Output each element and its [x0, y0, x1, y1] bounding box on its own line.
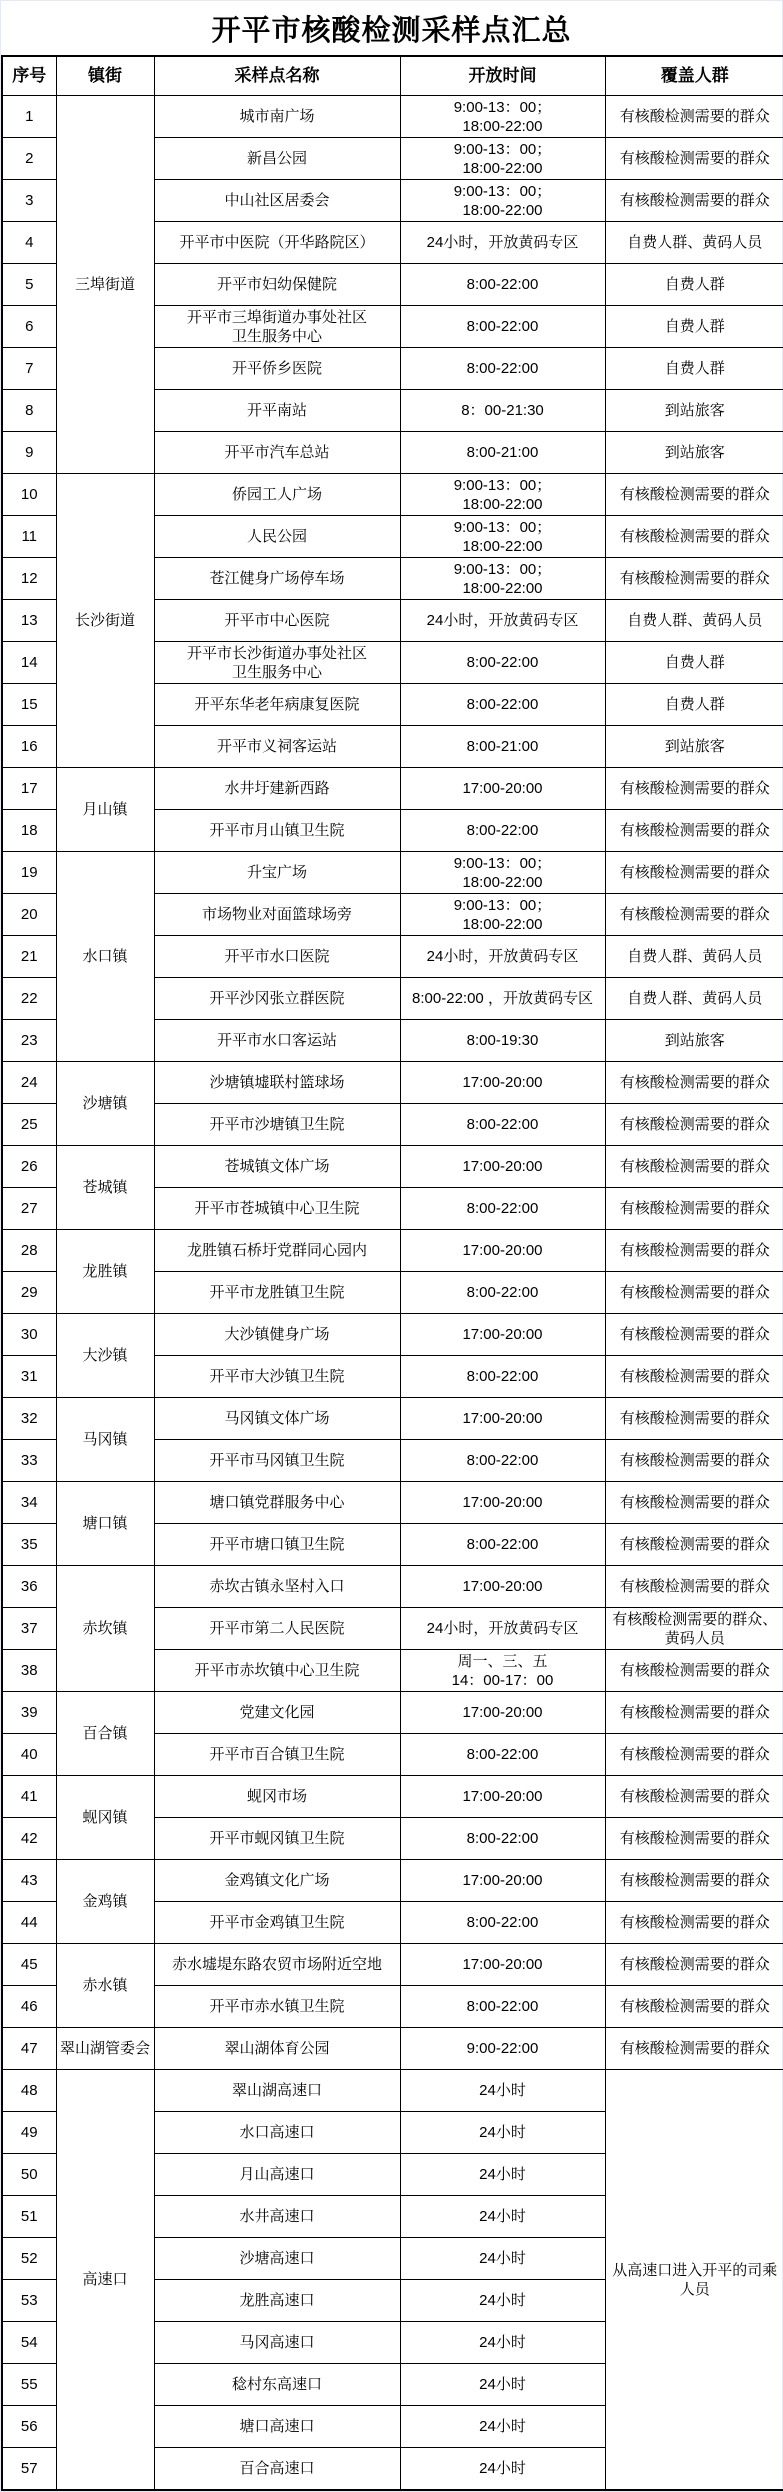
time-cell: 8:00-22:00 — [400, 1356, 605, 1398]
time-cell: 8:00-22:00 — [400, 1818, 605, 1860]
site-cell: 蚬冈市场 — [154, 1776, 400, 1818]
coverage-cell: 自费人群、黄码人员 — [605, 936, 783, 978]
site-cell: 开平市金鸡镇卫生院 — [154, 1902, 400, 1944]
row-number-cell: 20 — [2, 894, 56, 936]
time-cell: 8:00-22:00 — [400, 684, 605, 726]
table-row: 30大沙镇大沙镇健身广场17:00-20:00有核酸检测需要的群众 — [2, 1314, 783, 1356]
table-row: 19水口镇升宝广场9:00-13：00； 18:00-22:00有核酸检测需要的… — [2, 852, 783, 894]
site-cell: 中山社区居委会 — [154, 180, 400, 222]
row-number-cell: 15 — [2, 684, 56, 726]
site-cell: 马冈镇文体广场 — [154, 1398, 400, 1440]
page-title: 开平市核酸检测采样点汇总 — [1, 1, 782, 55]
table-row: 34塘口镇塘口镇党群服务中心17:00-20:00有核酸检测需要的群众 — [2, 1482, 783, 1524]
coverage-cell: 有核酸检测需要的群众、 黄码人员 — [605, 1608, 783, 1650]
row-number-cell: 38 — [2, 1650, 56, 1692]
row-number-cell: 39 — [2, 1692, 56, 1734]
site-cell: 开平市第二人民医院 — [154, 1608, 400, 1650]
time-cell: 8:00-22:00 — [400, 306, 605, 348]
town-cell: 马冈镇 — [56, 1398, 154, 1482]
row-number-cell: 30 — [2, 1314, 56, 1356]
time-cell: 24小时 — [400, 2364, 605, 2406]
time-cell: 8:00-22:00 — [400, 1104, 605, 1146]
coverage-cell: 有核酸检测需要的群众 — [605, 1104, 783, 1146]
row-number-cell: 36 — [2, 1566, 56, 1608]
time-cell: 8:00-22:00 — [400, 1440, 605, 1482]
time-cell: 17:00-20:00 — [400, 1314, 605, 1356]
time-cell: 9:00-13：00； 18:00-22:00 — [400, 516, 605, 558]
table-row: 48高速口翠山湖高速口24小时从高速口进入开平的司乘人员 — [2, 2070, 783, 2112]
coverage-cell: 有核酸检测需要的群众 — [605, 1272, 783, 1314]
time-cell: 9:00-13：00； 18:00-22:00 — [400, 558, 605, 600]
site-cell: 开平市中心医院 — [154, 600, 400, 642]
row-number-cell: 4 — [2, 222, 56, 264]
table-row: 32马冈镇马冈镇文体广场17:00-20:00有核酸检测需要的群众 — [2, 1398, 783, 1440]
row-number-cell: 29 — [2, 1272, 56, 1314]
time-cell: 17:00-20:00 — [400, 768, 605, 810]
coverage-cell: 有核酸检测需要的群众 — [605, 1062, 783, 1104]
header-town: 镇街 — [56, 56, 154, 96]
site-cell: 月山高速口 — [154, 2154, 400, 2196]
coverage-cell: 自费人群 — [605, 306, 783, 348]
coverage-cell: 有核酸检测需要的群众 — [605, 1188, 783, 1230]
row-number-cell: 1 — [2, 96, 56, 138]
coverage-cell: 有核酸检测需要的群众 — [605, 1566, 783, 1608]
table-row: 17月山镇水井圩建新西路17:00-20:00有核酸检测需要的群众 — [2, 768, 783, 810]
row-number-cell: 14 — [2, 642, 56, 684]
town-cell: 水口镇 — [56, 852, 154, 1062]
time-cell: 17:00-20:00 — [400, 1860, 605, 1902]
coverage-cell: 有核酸检测需要的群众 — [605, 1860, 783, 1902]
site-cell: 塘口镇党群服务中心 — [154, 1482, 400, 1524]
time-cell: 8:00-21:00 — [400, 726, 605, 768]
site-cell: 开平市马冈镇卫生院 — [154, 1440, 400, 1482]
row-number-cell: 2 — [2, 138, 56, 180]
row-number-cell: 33 — [2, 1440, 56, 1482]
site-cell: 开平市三埠街道办事处社区 卫生服务中心 — [154, 306, 400, 348]
site-cell: 开平市沙塘镇卫生院 — [154, 1104, 400, 1146]
site-cell: 开平市塘口镇卫生院 — [154, 1524, 400, 1566]
coverage-cell: 自费人群 — [605, 684, 783, 726]
coverage-cell: 有核酸检测需要的群众 — [605, 1986, 783, 2028]
site-cell: 开平市长沙街道办事处社区 卫生服务中心 — [154, 642, 400, 684]
site-cell: 龙胜镇石桥圩党群同心园内 — [154, 1230, 400, 1272]
row-number-cell: 47 — [2, 2028, 56, 2070]
town-cell: 沙塘镇 — [56, 1062, 154, 1146]
row-number-cell: 40 — [2, 1734, 56, 1776]
time-cell: 24小时，开放黄码专区 — [400, 1608, 605, 1650]
time-cell: 8:00-22:00 — [400, 264, 605, 306]
header-site: 采样点名称 — [154, 56, 400, 96]
coverage-cell: 有核酸检测需要的群众 — [605, 558, 783, 600]
table-row: 41蚬冈镇蚬冈市场17:00-20:00有核酸检测需要的群众 — [2, 1776, 783, 1818]
row-number-cell: 18 — [2, 810, 56, 852]
site-cell: 翠山湖体育公园 — [154, 2028, 400, 2070]
time-cell: 8:00-19:30 — [400, 1020, 605, 1062]
time-cell: 17:00-20:00 — [400, 1482, 605, 1524]
site-cell: 苍城镇文体广场 — [154, 1146, 400, 1188]
site-cell: 开平东华老年病康复医院 — [154, 684, 400, 726]
time-cell: 17:00-20:00 — [400, 1230, 605, 1272]
time-cell: 8:00-22:00 — [400, 1188, 605, 1230]
time-cell: 9:00-13：00； 18:00-22:00 — [400, 180, 605, 222]
row-number-cell: 9 — [2, 432, 56, 474]
site-cell: 开平市大沙镇卫生院 — [154, 1356, 400, 1398]
row-number-cell: 5 — [2, 264, 56, 306]
header-no: 序号 — [2, 56, 56, 96]
coverage-cell: 有核酸检测需要的群众 — [605, 1650, 783, 1692]
time-cell: 9:00-22:00 — [400, 2028, 605, 2070]
header-row: 序号 镇街 采样点名称 开放时间 覆盖人群 — [2, 56, 783, 96]
row-number-cell: 54 — [2, 2322, 56, 2364]
site-cell: 开平市水口医院 — [154, 936, 400, 978]
row-number-cell: 46 — [2, 1986, 56, 2028]
site-cell: 翠山湖高速口 — [154, 2070, 400, 2112]
time-cell: 24小时 — [400, 2280, 605, 2322]
time-cell: 24小时，开放黄码专区 — [400, 600, 605, 642]
town-cell: 月山镇 — [56, 768, 154, 852]
coverage-cell: 有核酸检测需要的群众 — [605, 894, 783, 936]
site-cell: 城市南广场 — [154, 96, 400, 138]
time-cell: 24小时 — [400, 2322, 605, 2364]
coverage-cell: 有核酸检测需要的群众 — [605, 810, 783, 852]
table-row: 24沙塘镇沙塘镇墟联村篮球场17:00-20:00有核酸检测需要的群众 — [2, 1062, 783, 1104]
town-cell: 苍城镇 — [56, 1146, 154, 1230]
time-cell: 8:00-22:00 — [400, 810, 605, 852]
site-cell: 赤坎古镇永坚村入口 — [154, 1566, 400, 1608]
site-cell: 金鸡镇文化广场 — [154, 1860, 400, 1902]
time-cell: 8:00-21:00 — [400, 432, 605, 474]
header-time: 开放时间 — [400, 56, 605, 96]
table-row: 47翠山湖管委会翠山湖体育公园9:00-22:00有核酸检测需要的群众 — [2, 2028, 783, 2070]
coverage-cell: 有核酸检测需要的群众 — [605, 1692, 783, 1734]
time-cell: 8:00-22:00 — [400, 1272, 605, 1314]
site-cell: 水口高速口 — [154, 2112, 400, 2154]
town-cell: 塘口镇 — [56, 1482, 154, 1566]
coverage-cell: 有核酸检测需要的群众 — [605, 1398, 783, 1440]
coverage-cell: 自费人群、黄码人员 — [605, 600, 783, 642]
site-cell: 塘口高速口 — [154, 2406, 400, 2448]
row-number-cell: 28 — [2, 1230, 56, 1272]
time-cell: 8:00-22:00 ，开放黄码专区 — [400, 978, 605, 1020]
town-cell: 翠山湖管委会 — [56, 2028, 154, 2070]
row-number-cell: 35 — [2, 1524, 56, 1566]
coverage-cell: 到站旅客 — [605, 1020, 783, 1062]
site-cell: 稔村东高速口 — [154, 2364, 400, 2406]
table-row: 28龙胜镇龙胜镇石桥圩党群同心园内17:00-20:00有核酸检测需要的群众 — [2, 1230, 783, 1272]
site-cell: 大沙镇健身广场 — [154, 1314, 400, 1356]
coverage-cell: 有核酸检测需要的群众 — [605, 474, 783, 516]
time-cell: 8:00-22:00 — [400, 348, 605, 390]
site-cell: 开平侨乡医院 — [154, 348, 400, 390]
coverage-cell: 有核酸检测需要的群众 — [605, 1482, 783, 1524]
coverage-cell: 自费人群 — [605, 642, 783, 684]
site-cell: 开平市中医院（开华路院区） — [154, 222, 400, 264]
site-cell: 沙塘镇墟联村篮球场 — [154, 1062, 400, 1104]
coverage-cell: 有核酸检测需要的群众 — [605, 1230, 783, 1272]
time-cell: 24小时 — [400, 2112, 605, 2154]
coverage-cell: 自费人群、黄码人员 — [605, 978, 783, 1020]
row-number-cell: 12 — [2, 558, 56, 600]
site-cell: 开平南站 — [154, 390, 400, 432]
time-cell: 17:00-20:00 — [400, 1776, 605, 1818]
time-cell: 17:00-20:00 — [400, 1692, 605, 1734]
coverage-cell: 自费人群 — [605, 264, 783, 306]
site-cell: 开平市汽车总站 — [154, 432, 400, 474]
site-cell: 开平市水口客运站 — [154, 1020, 400, 1062]
coverage-cell: 有核酸检测需要的群众 — [605, 1146, 783, 1188]
table-row: 1三埠街道城市南广场9:00-13：00； 18:00-22:00有核酸检测需要… — [2, 96, 783, 138]
row-number-cell: 37 — [2, 1608, 56, 1650]
time-cell: 9:00-13：00； 18:00-22:00 — [400, 96, 605, 138]
row-number-cell: 11 — [2, 516, 56, 558]
sampling-points-table: 序号 镇街 采样点名称 开放时间 覆盖人群 1三埠街道城市南广场9:00-13：… — [1, 55, 783, 2491]
row-number-cell: 31 — [2, 1356, 56, 1398]
time-cell: 17:00-20:00 — [400, 1146, 605, 1188]
site-cell: 马冈高速口 — [154, 2322, 400, 2364]
town-cell: 高速口 — [56, 2070, 154, 2491]
coverage-cell: 有核酸检测需要的群众 — [605, 1818, 783, 1860]
site-cell: 开平市苍城镇中心卫生院 — [154, 1188, 400, 1230]
time-cell: 17:00-20:00 — [400, 1944, 605, 1986]
coverage-cell: 有核酸检测需要的群众 — [605, 1734, 783, 1776]
time-cell: 8:00-22:00 — [400, 1524, 605, 1566]
time-cell: 9:00-13：00； 18:00-22:00 — [400, 474, 605, 516]
coverage-cell: 有核酸检测需要的群众 — [605, 1314, 783, 1356]
site-cell: 新昌公园 — [154, 138, 400, 180]
town-cell: 长沙街道 — [56, 474, 154, 768]
row-number-cell: 22 — [2, 978, 56, 1020]
site-cell: 水井高速口 — [154, 2196, 400, 2238]
time-cell: 24小时 — [400, 2154, 605, 2196]
row-number-cell: 10 — [2, 474, 56, 516]
time-cell: 17:00-20:00 — [400, 1062, 605, 1104]
row-number-cell: 53 — [2, 2280, 56, 2322]
site-cell: 开平市月山镇卫生院 — [154, 810, 400, 852]
row-number-cell: 13 — [2, 600, 56, 642]
time-cell: 24小时 — [400, 2238, 605, 2280]
time-cell: 24小时 — [400, 2406, 605, 2448]
time-cell: 24小时，开放黄码专区 — [400, 936, 605, 978]
coverage-cell: 有核酸检测需要的群众 — [605, 1524, 783, 1566]
town-cell: 赤坎镇 — [56, 1566, 154, 1692]
time-cell: 8:00-22:00 — [400, 642, 605, 684]
table-row: 10长沙街道侨园工人广场9:00-13：00； 18:00-22:00有核酸检测… — [2, 474, 783, 516]
coverage-cell: 有核酸检测需要的群众 — [605, 852, 783, 894]
row-number-cell: 45 — [2, 1944, 56, 1986]
coverage-cell: 有核酸检测需要的群众 — [605, 1902, 783, 1944]
time-cell: 周一、三、五 14：00-17：00 — [400, 1650, 605, 1692]
site-cell: 升宝广场 — [154, 852, 400, 894]
row-number-cell: 55 — [2, 2364, 56, 2406]
row-number-cell: 57 — [2, 2448, 56, 2491]
header-coverage: 覆盖人群 — [605, 56, 783, 96]
row-number-cell: 6 — [2, 306, 56, 348]
time-cell: 17:00-20:00 — [400, 1398, 605, 1440]
row-number-cell: 43 — [2, 1860, 56, 1902]
coverage-cell: 有核酸检测需要的群众 — [605, 1944, 783, 1986]
site-cell: 开平市赤水镇卫生院 — [154, 1986, 400, 2028]
row-number-cell: 42 — [2, 1818, 56, 1860]
row-number-cell: 48 — [2, 2070, 56, 2112]
row-number-cell: 25 — [2, 1104, 56, 1146]
site-cell: 百合高速口 — [154, 2448, 400, 2491]
time-cell: 24小时 — [400, 2448, 605, 2491]
site-cell: 开平市赤坎镇中心卫生院 — [154, 1650, 400, 1692]
row-number-cell: 17 — [2, 768, 56, 810]
site-cell: 开平沙冈张立群医院 — [154, 978, 400, 1020]
table-row: 39百合镇党建文化园17:00-20:00有核酸检测需要的群众 — [2, 1692, 783, 1734]
site-cell: 开平市义祠客运站 — [154, 726, 400, 768]
time-cell: 8:00-22:00 — [400, 1986, 605, 2028]
row-number-cell: 16 — [2, 726, 56, 768]
coverage-cell: 有核酸检测需要的群众 — [605, 1776, 783, 1818]
time-cell: 9:00-13：00； 18:00-22:00 — [400, 138, 605, 180]
row-number-cell: 3 — [2, 180, 56, 222]
time-cell: 24小时 — [400, 2196, 605, 2238]
coverage-cell: 有核酸检测需要的群众 — [605, 516, 783, 558]
site-cell: 开平市龙胜镇卫生院 — [154, 1272, 400, 1314]
time-cell: 9:00-13：00； 18:00-22:00 — [400, 894, 605, 936]
row-number-cell: 23 — [2, 1020, 56, 1062]
coverage-cell: 有核酸检测需要的群众 — [605, 2028, 783, 2070]
table-row: 43金鸡镇金鸡镇文化广场17:00-20:00有核酸检测需要的群众 — [2, 1860, 783, 1902]
site-cell: 人民公园 — [154, 516, 400, 558]
town-cell: 蚬冈镇 — [56, 1776, 154, 1860]
row-number-cell: 27 — [2, 1188, 56, 1230]
town-cell: 金鸡镇 — [56, 1860, 154, 1944]
site-cell: 沙塘高速口 — [154, 2238, 400, 2280]
site-cell: 开平市蚬冈镇卫生院 — [154, 1818, 400, 1860]
site-cell: 市场物业对面篮球场旁 — [154, 894, 400, 936]
coverage-cell: 有核酸检测需要的群众 — [605, 96, 783, 138]
row-number-cell: 32 — [2, 1398, 56, 1440]
coverage-cell: 自费人群 — [605, 348, 783, 390]
row-number-cell: 50 — [2, 2154, 56, 2196]
town-cell: 大沙镇 — [56, 1314, 154, 1398]
row-number-cell: 7 — [2, 348, 56, 390]
coverage-cell: 有核酸检测需要的群众 — [605, 1440, 783, 1482]
time-cell: 24小时 — [400, 2070, 605, 2112]
site-cell: 赤水墟堤东路农贸市场附近空地 — [154, 1944, 400, 1986]
table-row: 45赤水镇赤水墟堤东路农贸市场附近空地17:00-20:00有核酸检测需要的群众 — [2, 1944, 783, 1986]
row-number-cell: 26 — [2, 1146, 56, 1188]
row-number-cell: 34 — [2, 1482, 56, 1524]
row-number-cell: 24 — [2, 1062, 56, 1104]
row-number-cell: 41 — [2, 1776, 56, 1818]
site-cell: 侨园工人广场 — [154, 474, 400, 516]
row-number-cell: 56 — [2, 2406, 56, 2448]
document-page: 开平市核酸检测采样点汇总 序号 镇街 采样点名称 开放时间 覆盖人群 1三埠街道… — [0, 0, 783, 2492]
coverage-cell: 有核酸检测需要的群众 — [605, 1356, 783, 1398]
coverage-cell: 到站旅客 — [605, 726, 783, 768]
coverage-cell: 自费人群、黄码人员 — [605, 222, 783, 264]
coverage-cell: 有核酸检测需要的群众 — [605, 768, 783, 810]
row-number-cell: 19 — [2, 852, 56, 894]
site-cell: 党建文化园 — [154, 1692, 400, 1734]
town-cell: 三埠街道 — [56, 96, 154, 474]
site-cell: 开平市百合镇卫生院 — [154, 1734, 400, 1776]
table-row: 36赤坎镇赤坎古镇永坚村入口17:00-20:00有核酸检测需要的群众 — [2, 1566, 783, 1608]
coverage-cell: 到站旅客 — [605, 432, 783, 474]
table-body: 1三埠街道城市南广场9:00-13：00； 18:00-22:00有核酸检测需要… — [2, 96, 783, 2491]
site-cell: 龙胜高速口 — [154, 2280, 400, 2322]
row-number-cell: 8 — [2, 390, 56, 432]
time-cell: 24小时，开放黄码专区 — [400, 222, 605, 264]
table-row: 26苍城镇苍城镇文体广场17:00-20:00有核酸检测需要的群众 — [2, 1146, 783, 1188]
town-cell: 龙胜镇 — [56, 1230, 154, 1314]
time-cell: 8：00-21:30 — [400, 390, 605, 432]
time-cell: 17:00-20:00 — [400, 1566, 605, 1608]
table-header: 序号 镇街 采样点名称 开放时间 覆盖人群 — [2, 56, 783, 96]
time-cell: 8:00-22:00 — [400, 1902, 605, 1944]
row-number-cell: 44 — [2, 1902, 56, 1944]
coverage-cell: 有核酸检测需要的群众 — [605, 138, 783, 180]
row-number-cell: 49 — [2, 2112, 56, 2154]
site-cell: 水井圩建新西路 — [154, 768, 400, 810]
time-cell: 8:00-22:00 — [400, 1734, 605, 1776]
site-cell: 苍江健身广场停车场 — [154, 558, 400, 600]
town-cell: 赤水镇 — [56, 1944, 154, 2028]
row-number-cell: 51 — [2, 2196, 56, 2238]
row-number-cell: 52 — [2, 2238, 56, 2280]
coverage-cell: 从高速口进入开平的司乘人员 — [605, 2070, 783, 2491]
site-cell: 开平市妇幼保健院 — [154, 264, 400, 306]
row-number-cell: 21 — [2, 936, 56, 978]
coverage-cell: 有核酸检测需要的群众 — [605, 180, 783, 222]
coverage-cell: 到站旅客 — [605, 390, 783, 432]
town-cell: 百合镇 — [56, 1692, 154, 1776]
time-cell: 9:00-13：00； 18:00-22:00 — [400, 852, 605, 894]
